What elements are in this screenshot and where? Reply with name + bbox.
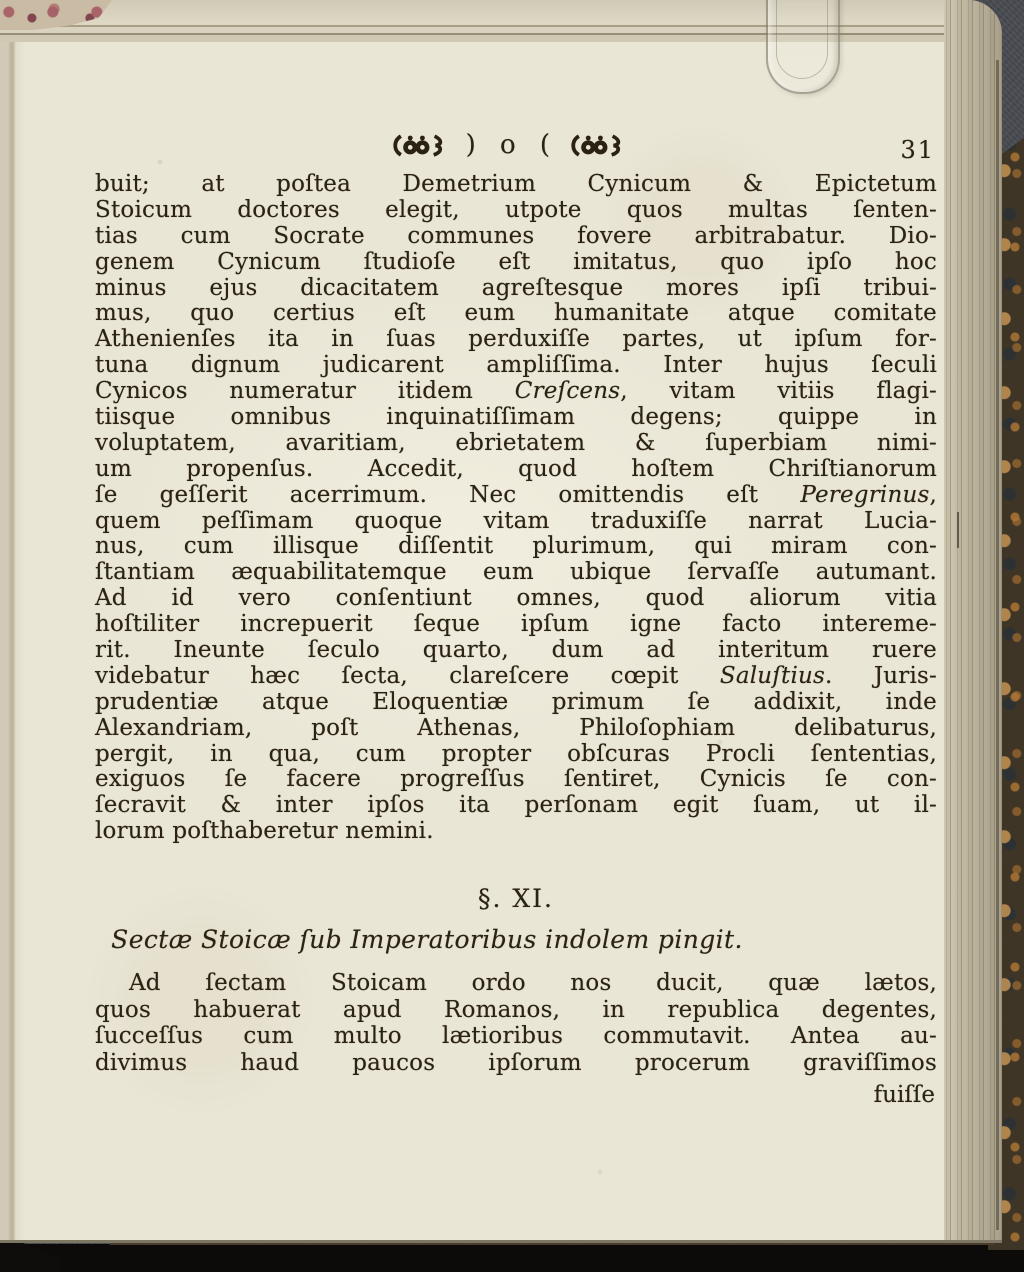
text-segment: nus, cum illisque diſſentit plurimum, qu…: [95, 533, 937, 559]
header-ornament-group: ) o (: [390, 130, 628, 160]
text-line: voluptatem, avaritiam, ebrietatem & ſupe…: [95, 431, 937, 457]
text-segment: ſecravit & inter ipſos ita perſonam egit…: [95, 792, 937, 818]
text-segment: ſe geſſerit acerrimum. Nec omittendis eſ…: [95, 482, 800, 508]
text-segment: pergit, in qua, cum propter obſcuras Pro…: [95, 741, 937, 767]
text-segment: quem peſſimam quoque vitam traduxiſſe na…: [95, 508, 937, 534]
text-segment: , vitam vitiis flagi-: [620, 378, 937, 404]
text-line: Ad id vero conſentiunt omnes, quod alior…: [95, 586, 937, 612]
second-paragraph: Ad ſectam Stoicam ordo nos ducit, quæ læ…: [95, 970, 937, 1076]
text-line: ſtantiam æquabilitatemque eum ubique ſer…: [95, 560, 937, 586]
italic-text-segment: Peregrinus: [800, 482, 929, 508]
text-line: hoſtiliter increpuerit ſeque ipſum igne …: [95, 612, 937, 638]
text-segment: mus, quo certius eſt eum humanitate atqu…: [95, 300, 937, 326]
right-page-stack-edge: [944, 0, 1002, 1240]
text-segment: ,: [929, 482, 937, 508]
printed-text-layer: ) o ( 31 buit; at poſtea Demetrium Cynic…: [95, 0, 937, 1272]
text-segment: Ad id vero conſentiunt omnes, quod alior…: [95, 585, 937, 611]
text-segment: um propenſus. Accedit, quod hoſtem Chriſ…: [95, 456, 937, 482]
text-line: tiisque omnibus inquinatiſſimam degens; …: [95, 405, 937, 431]
transparent-page-clip: [766, 0, 840, 94]
text-segment: tiisque omnibus inquinatiſſimam degens; …: [95, 404, 937, 430]
text-line: Alexandriam, poſt Athenas, Philoſophiam …: [95, 716, 937, 742]
text-line: mus, quo certius eſt eum humanitate atqu…: [95, 301, 937, 327]
text-line: videbatur hæc ſecta, clareſcere cœpit Sa…: [95, 664, 937, 690]
text-segment: minus ejus dicacitatem agreſtesque mores…: [95, 275, 937, 301]
italic-text-segment: Creſcens: [515, 378, 620, 404]
text-line: Stoicum doctores elegit, utpote quos mul…: [95, 198, 937, 224]
catchword: fuiſſe: [95, 1082, 937, 1108]
text-segment: . Juris-: [825, 663, 937, 689]
text-line: divimus haud paucos ipſorum procerum gra…: [95, 1050, 937, 1077]
stack-edge-dark-line: [996, 60, 999, 1230]
text-segment: tias cum Socrate communes fovere arbitra…: [95, 223, 937, 249]
text-line: rit. Ineunte ſeculo quarto, dum ad inter…: [95, 638, 937, 664]
text-segment: rit. Ineunte ſeculo quarto, dum ad inter…: [95, 637, 937, 663]
text-segment: genem Cynicum ſtudioſe eſt imitatus, quo…: [95, 249, 937, 275]
section-number: §. XI.: [95, 884, 937, 913]
text-line: Athenienſes ita in ſuas perduxiſſe parte…: [95, 327, 937, 353]
text-line: exiguos ſe facere progreſſus ſentiret, C…: [95, 767, 937, 793]
text-line: genem Cynicum ſtudioſe eſt imitatus, quo…: [95, 250, 937, 276]
text-segment: lorum poſthaberetur nemini.: [95, 818, 434, 844]
text-line: buit; at poſtea Demetrium Cynicum & Epic…: [95, 172, 937, 198]
text-line: quos habuerat apud Romanos, in republica…: [95, 997, 937, 1024]
text-line: minus ejus dicacitatem agreſtesque mores…: [95, 276, 937, 302]
text-segment: quos habuerat apud Romanos, in republica…: [95, 997, 937, 1023]
text-line: quem peſſimam quoque vitam traduxiſſe na…: [95, 509, 937, 535]
text-line: pergit, in qua, cum propter obſcuras Pro…: [95, 742, 937, 768]
text-segment: tuna dignum judicarent ampliſſima. Inter…: [95, 352, 937, 378]
text-segment: Cynicos numeratur itidem: [95, 378, 515, 404]
text-line: lorum poſthaberetur nemini.: [95, 819, 937, 845]
margin-ink-mark: [957, 512, 959, 548]
text-line: ſecravit & inter ipſos ita perſonam egit…: [95, 793, 937, 819]
text-line: um propenſus. Accedit, quod hoſtem Chriſ…: [95, 457, 937, 483]
text-segment: ſtantiam æquabilitatemque eum ubique ſer…: [95, 559, 937, 585]
text-segment: buit; at poſtea Demetrium Cynicum & Epic…: [95, 171, 937, 197]
text-line: Cynicos numeratur itidem Creſcens, vitam…: [95, 379, 937, 405]
text-segment: voluptatem, avaritiam, ebrietatem & ſupe…: [95, 430, 937, 456]
text-segment: Alexandriam, poſt Athenas, Philoſophiam …: [95, 715, 937, 741]
scanned-book-page-photo: ) o ( 31 buit; at poſtea Demetrium Cynic…: [0, 0, 1024, 1272]
text-segment: exiguos ſe facere progreſſus ſentiret, C…: [95, 766, 937, 792]
italic-text-segment: Saluſtius: [720, 663, 825, 689]
text-segment: prudentiæ atque Eloquentiæ primum ſe add…: [95, 689, 937, 715]
text-line: ſe geſſerit acerrimum. Nec omittendis eſ…: [95, 483, 937, 509]
text-line: nus, cum illisque diſſentit plurimum, qu…: [95, 534, 937, 560]
fleuron-icon: [568, 132, 628, 159]
text-segment: Stoicum doctores elegit, utpote quos mul…: [95, 197, 937, 223]
clip-inner-edge: [776, 0, 828, 79]
text-line: tias cum Socrate communes fovere arbitra…: [95, 224, 937, 250]
page-number: 31: [900, 136, 935, 164]
header-separator-text: ) o (: [466, 130, 552, 160]
gutter-crease: [0, 42, 26, 1240]
text-line: Ad ſectam Stoicam ordo nos ducit, quæ læ…: [95, 970, 937, 997]
text-line: ſucceſſus cum multo lætioribus commutavi…: [95, 1023, 937, 1050]
text-line: prudentiæ atque Eloquentiæ primum ſe add…: [95, 690, 937, 716]
text-segment: hoſtiliter increpuerit ſeque ipſum igne …: [95, 611, 937, 637]
text-segment: Athenienſes ita in ſuas perduxiſſe parte…: [95, 326, 937, 352]
section-title: Sectæ Stoicæ ſub Imperatoribus indolem p…: [95, 925, 937, 954]
text-line: tuna dignum judicarent ampliſſima. Inter…: [95, 353, 937, 379]
text-segment: videbatur hæc ſecta, clareſcere cœpit: [95, 663, 720, 689]
text-segment: ſucceſſus cum multo lætioribus commutavi…: [95, 1023, 937, 1049]
page-header: ) o ( 31: [95, 130, 937, 166]
text-segment: Ad ſectam Stoicam ordo nos ducit, quæ læ…: [129, 970, 937, 996]
text-segment: divimus haud paucos ipſorum procerum gra…: [95, 1050, 937, 1076]
main-paragraph: buit; at poſtea Demetrium Cynicum & Epic…: [95, 172, 937, 845]
fleuron-icon: [390, 132, 450, 159]
